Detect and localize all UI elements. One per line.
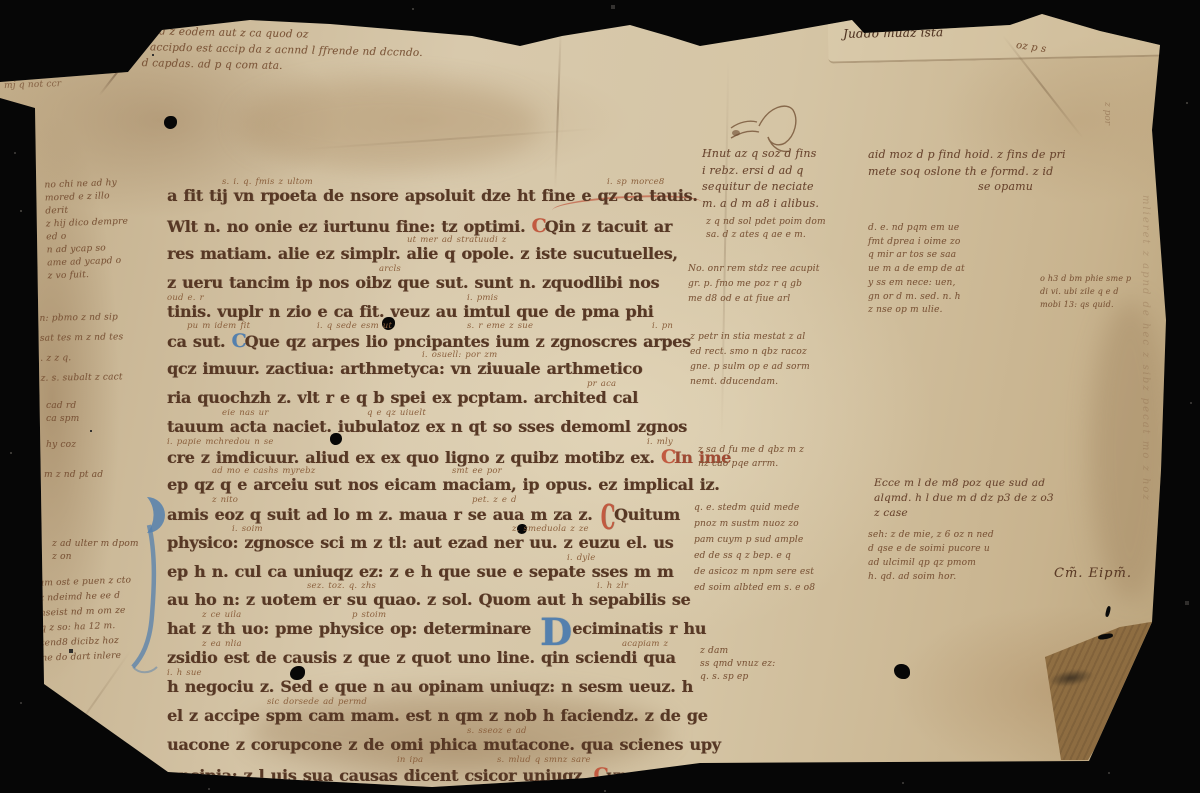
text-line: a fit tij vn rpoeta de nsore apsoluit dz… — [167, 186, 719, 215]
gloss-line: sequitur de neciate — [702, 179, 819, 196]
left-margin-gloss-5: m z nd pt ad — [44, 468, 103, 482]
gloss-line: gr. p. fmo me poz r q gb — [688, 277, 820, 292]
gloss-line: q. e. stedm quid mede — [694, 500, 815, 516]
text-run: cre z imdicuur. aliud ex ex quo ligno z … — [167, 448, 661, 467]
gloss-line: seh: z de mie, z 6 oz n ned — [868, 528, 994, 542]
gloss-line: d. e. nd pqm em ue — [868, 222, 965, 236]
text-run: z ueru tancim ip nos oibz que sut. sunt … — [167, 273, 659, 292]
text-run: amis eoz q suit ad lo m z. maua r se aua… — [167, 505, 599, 524]
gloss-line: z nse op m ulie. — [868, 304, 965, 318]
interlinear-gloss: z ce uila — [202, 610, 241, 620]
middle-gloss-1: Hnut az q soz d finsi rebz. ersi d ad qs… — [702, 146, 819, 212]
gloss-line: m z nd pt ad — [44, 468, 103, 482]
interlinear-gloss: eie nas ur — [222, 408, 269, 418]
gloss-line: pnoz m sustm nuoz zo — [694, 516, 815, 532]
left-margin-gloss-4: hy coz — [46, 438, 76, 452]
interlinear-gloss: i. papie mchredou n se — [167, 437, 274, 447]
middle-gloss-2: z q nd sol pdet poim domsa. d z ates q a… — [706, 216, 826, 242]
gloss-line: h. qd. ad soim hor. — [868, 570, 994, 584]
gloss-line: sa. d z ates q ae e m. — [706, 229, 826, 242]
interlinear-gloss: i. h zlr — [597, 581, 628, 591]
interlinear-gloss: i. osuell: por zm — [422, 350, 497, 360]
gloss-line: i rebz. ersi d ad q — [702, 163, 819, 180]
text-line: ep h n. cul ca uniuqz ez: z e h que sue … — [167, 562, 719, 591]
interlinear-gloss: i. pmis — [467, 293, 498, 303]
text-run: ep qz q e arceiu sut nos eicam maciam, i… — [167, 475, 719, 494]
gloss-line: z ad ulter m dpom — [52, 538, 139, 551]
text-run: vno ex — [607, 766, 663, 785]
middle-gloss-3: No. onr rem stdz ree acupitgr. p. fmo me… — [688, 262, 820, 307]
gloss-line: Ecce m l de m8 poz que sud ad — [874, 476, 1054, 491]
middle-gloss-5: z sa d fu me d qbz m znz cao pqe arrm. — [698, 443, 804, 471]
text-run: res matiam. alie ez simplr. alie q opole… — [167, 244, 678, 263]
interlinear-gloss: ut mer ad stratuudi z — [407, 235, 506, 245]
gloss-line: nz cao pqe arrm. — [698, 457, 804, 471]
corner-vertical-note: z por — [1102, 102, 1112, 156]
text-run: ca sut. — [167, 332, 231, 351]
gloss-line: nemt. dducendam. — [690, 375, 810, 390]
gloss-line: cad rd — [46, 400, 79, 413]
wormhole-6 — [894, 664, 910, 679]
gloss-line: aid moz d p find hoid. z fins de pri — [868, 146, 1066, 163]
gloss-line: ca spm — [46, 413, 79, 426]
text-run: h negociu z. Sed e que n au opinam uniuq… — [167, 677, 693, 696]
gloss-line: ne do dart inlere — [41, 648, 134, 666]
text-run: hat z th uo: pme physice op: determinare — [167, 619, 537, 638]
text-run: ep h n. cul ca uniuqz ez: z e h que sue … — [167, 562, 674, 581]
gloss-line: d qse e de soimi pucore u — [868, 542, 994, 556]
interlinear-gloss: sez. toz. q. zhs — [307, 581, 376, 591]
interlinear-gloss: i. mly — [647, 437, 673, 447]
interlinear-gloss: s. sseoz e ad — [467, 726, 527, 736]
middle-gloss-4: z petr in stia mestat z aled rect. smo n… — [690, 330, 810, 390]
right-gloss-4: Ecce m l de m8 poz que sud adalqmd. h l … — [874, 476, 1054, 521]
gloss-line: ed de ss q z bep. e q — [694, 548, 815, 564]
text-line: ep qz q e arceiu sut nos eicam maciam, i… — [167, 475, 719, 504]
text-run: uncipia: z l uis sua causas dicent csico… — [167, 766, 593, 785]
gloss-line: z q nd sol pdet poim dom — [706, 216, 826, 229]
right-edge-vertical-note: mlieret z apnd de hec z sibz pecat mo z … — [1140, 195, 1151, 625]
middle-gloss-7: z damss qmd vnuz ez:q. s. sp ep — [700, 645, 775, 684]
gloss-line: hy coz — [46, 438, 76, 452]
top-left-fragment-note: mj q not ccr — [4, 79, 62, 91]
gloss-line: gn or d m. sed. n. h — [868, 291, 965, 305]
text-line: el z accipe spm cam mam. est n qm z nob … — [167, 706, 719, 735]
interlinear-gloss: ad mo e cashs myrebz — [212, 466, 315, 476]
gloss-line: m. a d m a8 i alibus. — [702, 196, 819, 213]
gloss-line: z petr in stia mestat z al — [690, 330, 810, 345]
interlinear-gloss: arcls — [379, 264, 401, 274]
text-line: h negociu z. Sed e que n au opinam uniuq… — [167, 677, 719, 706]
right-gloss-1: aid moz d p find hoid. z fins de primete… — [868, 146, 1066, 180]
gloss-line: o h3 d bm phie sme p — [1040, 272, 1131, 285]
stain-top-center — [240, 80, 540, 170]
interlinear-gloss: z nito — [212, 495, 238, 505]
gloss-line: fmt dprea i oime zo — [868, 236, 965, 250]
text-run: a fit tij vn rpoeta de nsore apsoluit dz… — [167, 186, 697, 205]
text-line: z ueru tancim ip nos oibz que sut. sunt … — [167, 273, 719, 302]
gloss-line: No. onr rem stdz ree acupit — [688, 262, 820, 277]
red-paraph: C — [593, 764, 607, 786]
main-text-block: a fit tij vn rpoeta de nsore apsoluit dz… — [167, 186, 719, 793]
text-line: physico: zgnosce sci m z tl: aut ezad ne… — [167, 533, 719, 562]
left-margin-gloss-7: am ost e puen z ctoz ndeimd he ee dnseis… — [38, 573, 134, 666]
right-gloss-2: d. e. nd pqm em uefmt dprea i oime zoq m… — [868, 222, 965, 318]
interlinear-gloss: in ipa — [397, 755, 423, 765]
interlinear-gloss: i. dyle — [567, 553, 596, 563]
interlinear-gloss: i. h sue — [167, 668, 202, 678]
text-run: au ho n: z uotem er su quao. z sol. Quom… — [167, 590, 690, 609]
text-run: uacone z corupcone z de omi phica mutaco… — [167, 735, 721, 754]
text-line: uacone z corupcone z de omi phica mutaco… — [167, 735, 719, 764]
red-paraph: C — [532, 215, 546, 237]
gloss-line: di vi. ubi zile q e d — [1040, 285, 1131, 298]
gloss-line: se opamu — [978, 180, 1033, 194]
gloss-line: z case — [874, 506, 1054, 521]
interlinear-gloss: sic dorsede ad permd — [267, 697, 367, 707]
left-margin-gloss-2: n: pbmo z nd sipsat tes m z nd tes. z z … — [39, 307, 124, 388]
interlinear-gloss: q e qz uiuelt — [367, 408, 426, 418]
gloss-line: mete soq oslone th e formd. z id — [868, 163, 1066, 180]
gloss-line: q. s. sp ep — [700, 671, 775, 684]
top-annotations: vuid z eodem aut z ca quod oz t accipdo … — [142, 23, 424, 77]
interlinear-gloss: s. mlud q smnz sare — [497, 755, 591, 765]
interlinear-gloss: s. r eme z sue — [467, 321, 533, 331]
gloss-line: alqmd. h l due m d dz p3 de z o3 — [874, 491, 1054, 506]
gloss-line: z on — [52, 551, 139, 564]
text-run: tauum acta naciet. iubulatoz ex n qt so … — [167, 417, 687, 436]
text-line: qcz imuur. zactiua: arthmetyca: vn ziuua… — [167, 359, 719, 388]
gloss-line: sat tes m z nd tes — [40, 327, 124, 348]
gloss-line: mobi 13: qs quid. — [1040, 298, 1131, 311]
gloss-line: q mir ar tos se saa — [868, 249, 965, 263]
gloss-line: z. s. subalt z cact — [40, 367, 124, 388]
gloss-line: ue m a de emp de at — [868, 263, 965, 277]
gloss-line: ed rect. smo n qbz racoz — [690, 345, 810, 360]
interlinear-gloss: smt ee por — [452, 466, 502, 476]
interlinear-gloss: pet. z e d — [472, 495, 517, 505]
text-line: zsidio est de causis z que z quot uno li… — [167, 648, 719, 677]
manuscript-leaf: mj q not ccr vuid z eodem aut z ca quod … — [0, 0, 1200, 793]
interlinear-gloss: p stoim — [352, 610, 386, 620]
interlinear-gloss: i. soim — [232, 524, 263, 534]
gloss-line: . z z q. — [40, 347, 124, 368]
interlinear-gloss: acapiam z — [622, 639, 668, 649]
text-line: res matiam. alie ez simplr. alie q opole… — [167, 244, 719, 273]
gloss-line: z sa d fu me d qbz m z — [698, 443, 804, 457]
slit-1 — [1105, 606, 1112, 618]
crease-vertical-1 — [554, 28, 562, 188]
text-run: Wlt n. no onie ez iurtunu fine: tz optim… — [167, 217, 532, 236]
text-run: Que qz arpes lio pncipantes ium z zgnosc… — [245, 332, 691, 351]
wormhole-1 — [164, 116, 177, 129]
explicit-mark: Cm̃. Eipm̃. — [1054, 566, 1132, 581]
left-margin-gloss-3: cad rdca spm — [46, 400, 79, 426]
red-paraph: C — [661, 446, 675, 468]
interlinear-gloss: z. smeduola z ze — [512, 524, 589, 534]
interlinear-gloss: i. q sede esm ut — [317, 321, 392, 331]
text-line: uncipia: z l uis sua causas dicent csico… — [167, 764, 719, 793]
gloss-line: gne. p sulm op e ad sorm — [690, 360, 810, 375]
text-run: zsidio est de causis z que z quot uno li… — [167, 648, 676, 667]
blue-paraph: C — [231, 330, 245, 352]
interlinear-gloss: s. i. q. fmis z ultom — [222, 177, 313, 187]
gloss-line: n: pbmo z nd sip — [39, 307, 123, 328]
text-run: Qin z tacuit ar — [545, 217, 672, 236]
gloss-line: Hnut az q soz d fins — [702, 146, 819, 163]
top-right-inscription: Juddo muaz ista — [843, 25, 944, 41]
text-run: qcz imuur. zactiua: arthmetyca: vn ziuua… — [167, 359, 642, 378]
text-run: el z accipe spm cam mam. est n qm z nob … — [167, 706, 708, 725]
gloss-line: pam cuym p sud ample — [694, 532, 815, 548]
interlinear-gloss: pr aca — [587, 379, 616, 389]
stain-right-middle — [1090, 300, 1170, 600]
gloss-line: ad ulcimil qp qz pmom — [868, 556, 994, 570]
interlinear-gloss: oud e. r — [167, 293, 204, 303]
tear-line-top-left — [99, 44, 140, 96]
text-run: Quitum — [614, 505, 680, 524]
background-speckles — [0, 0, 2, 2]
gloss-line: y ss em nece: uen, — [868, 277, 965, 291]
middle-gloss-6: q. e. stedm quid medepnoz m sustm nuoz z… — [694, 500, 815, 596]
gloss-line: de asicoz m npm sere est — [694, 564, 815, 580]
left-margin-gloss-6: z ad ulter m dpomz on — [52, 538, 139, 564]
text-run: ria quochzh z. vlt r e q b spei ex pcpta… — [167, 388, 638, 407]
interlinear-gloss: i. pn — [652, 321, 673, 331]
left-margin-gloss-1: no chi ne ad hymored e z illoderitz hij … — [44, 177, 130, 284]
interlinear-gloss: i. sp morce8 — [607, 177, 664, 187]
gloss-line: me d8 od e at fiue arl — [688, 292, 820, 307]
interlinear-gloss: z ea nlia — [202, 639, 242, 649]
text-line: au ho n: z uotem er su quao. z sol. Quom… — [167, 590, 719, 619]
text-run: tinis. vuplr n zio e ca fit. veuz au imt… — [167, 302, 653, 321]
right-gloss-5: seh: z de mie, z 6 oz n nedd qse e de so… — [868, 528, 994, 584]
gloss-line: z dam — [700, 645, 775, 658]
right-gloss-1b: se opamu — [978, 180, 1033, 194]
interlinear-gloss: pu m idem fit — [187, 321, 250, 331]
gloss-line: z vo fuit. — [47, 268, 130, 284]
text-run: physico: zgnosce sci m z tl: aut ezad ne… — [167, 533, 673, 552]
gloss-line: ed soim albted em s. e o8 — [694, 580, 815, 596]
gloss-line: ss qmd vnuz ez: — [700, 658, 775, 671]
text-run: eciminatis r hu — [572, 619, 706, 638]
page-background: mj q not ccr vuid z eodem aut z ca quod … — [0, 0, 1200, 793]
right-gloss-3: o h3 d bm phie sme pdi vi. ubi zile q e … — [1040, 272, 1131, 311]
